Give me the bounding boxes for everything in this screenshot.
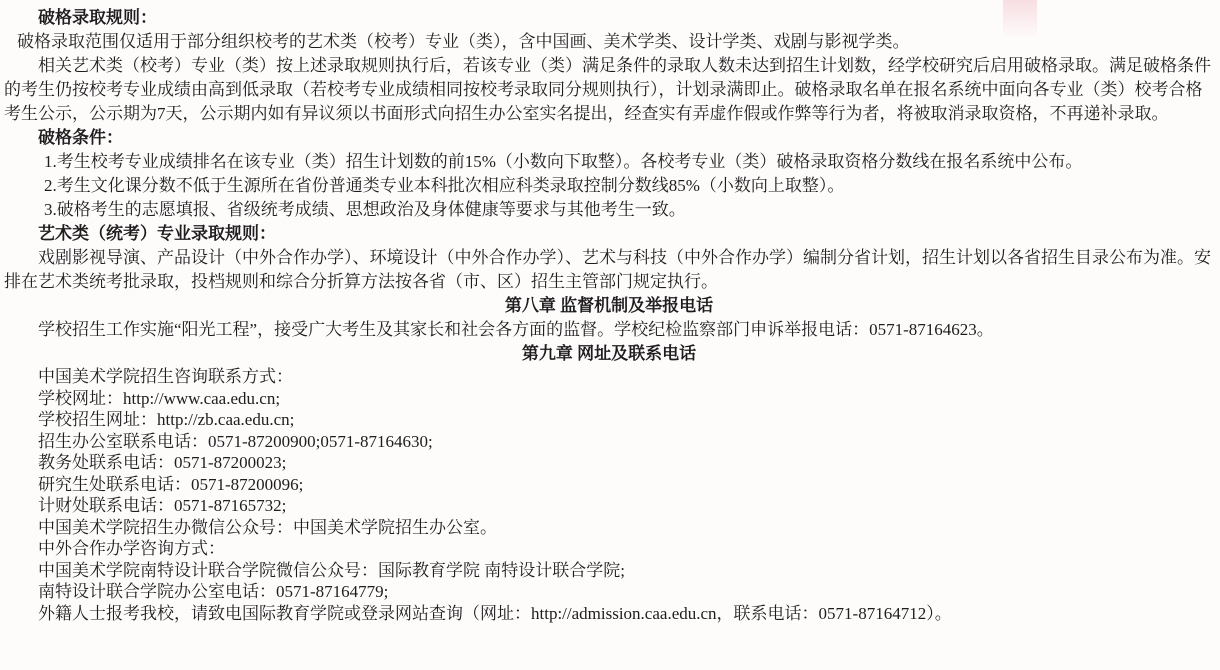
section-heading: 破格条件：: [4, 126, 1214, 150]
chapter-heading: 第八章 监督机制及举报电话: [4, 294, 1214, 318]
contact-line: 学校招生网址：http://zb.caa.edu.cn;: [4, 409, 1214, 431]
contact-line: 研究生处联系电话：0571-87200096;: [4, 474, 1214, 496]
list-item: 3.破格考生的志愿填报、省级统考成绩、思想政治及身体健康等要求与其他考生一致。: [4, 198, 1214, 222]
contact-line: 中国美术学院招生办微信公众号：中国美术学院招生办公室。: [4, 517, 1214, 539]
section-heading: 破格录取规则：: [4, 6, 1214, 30]
contact-line: 南特设计联合学院办公室电话：0571-87164779;: [4, 581, 1214, 603]
list-item: 1.考生校考专业成绩排名在该专业（类）招生计划数的前15%（小数向下取整）。各校…: [4, 150, 1214, 174]
contact-line: 中国美术学院南特设计联合学院微信公众号：国际教育学院 南特设计联合学院;: [4, 560, 1214, 582]
paragraph: 破格录取范围仅适用于部分组织校考的艺术类（校考）专业（类），含中国画、美术学类、…: [4, 30, 1214, 54]
contact-line: 中国美术学院招生咨询联系方式：: [4, 366, 1214, 388]
paragraph: 戏剧影视导演、产品设计（中外合作办学）、环境设计（中外合作办学）、艺术与科技（中…: [4, 246, 1214, 294]
section-heading: 艺术类（统考）专业录取规则：: [4, 222, 1214, 246]
list-item: 2.考生文化课分数不低于生源所在省份普通类专业本科批次相应科类录取控制分数线85…: [4, 174, 1214, 198]
contact-line: 学校网址：http://www.caa.edu.cn;: [4, 388, 1214, 410]
chapter-heading: 第九章 网址及联系电话: [4, 342, 1214, 366]
contact-line: 招生办公室联系电话：0571-87200900;0571-87164630;: [4, 431, 1214, 453]
document-content: 破格录取规则：破格录取范围仅适用于部分组织校考的艺术类（校考）专业（类），含中国…: [0, 0, 1220, 624]
contact-line: 教务处联系电话：0571-87200023;: [4, 452, 1214, 474]
paragraph: 相关艺术类（校考）专业（类）按上述录取规则执行后，若该专业（类）满足条件的录取人…: [4, 54, 1214, 126]
paragraph: 学校招生工作实施“阳光工程”，接受广大考生及其家长和社会各方面的监督。学校纪检监…: [4, 318, 1214, 342]
contact-line: 计财处联系电话：0571-87165732;: [4, 495, 1214, 517]
contact-line: 外籍人士报考我校，请致电国际教育学院或登录网站查询（网址：http://admi…: [4, 603, 1214, 625]
contact-line: 中外合作办学咨询方式：: [4, 538, 1214, 560]
